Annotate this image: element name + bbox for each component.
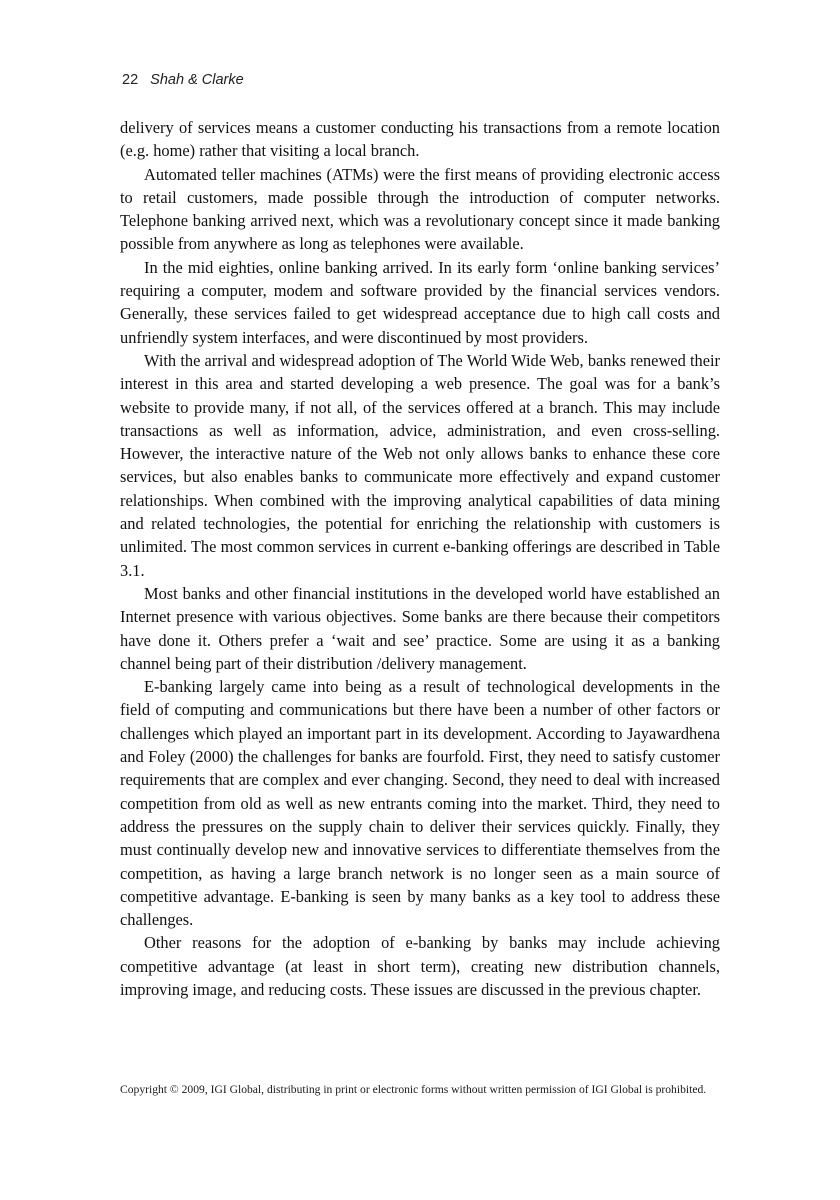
paragraph-world-wide-web: With the arrival and widespread adoption… <box>120 349 720 582</box>
running-head: 22 Shah & Clarke <box>122 72 244 88</box>
paragraph-internet-presence: Most banks and other financial instituti… <box>120 582 720 675</box>
paragraph-other-reasons: Other reasons for the adoption of e-bank… <box>120 931 720 1001</box>
body-text: delivery of services means a customer co… <box>120 116 720 1001</box>
paragraph-challenges: E-banking largely came into being as a r… <box>120 675 720 931</box>
running-head-authors: Shah & Clarke <box>150 72 244 88</box>
page-number: 22 <box>122 72 138 88</box>
copyright-footer: Copyright © 2009, IGI Global, distributi… <box>120 1083 724 1098</box>
paragraph-atms: Automated teller machines (ATMs) were th… <box>120 163 720 256</box>
paragraph-continuation: delivery of services means a customer co… <box>120 116 720 163</box>
paragraph-online-banking: In the mid eighties, online banking arri… <box>120 256 720 349</box>
